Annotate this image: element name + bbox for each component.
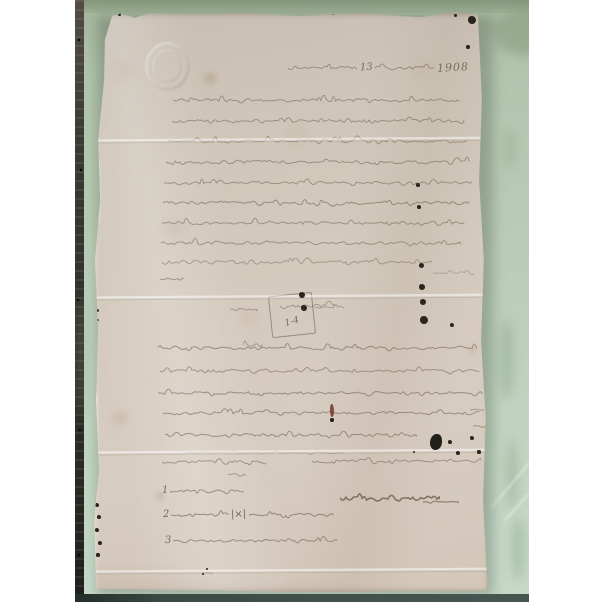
ink-blot	[470, 436, 474, 440]
handwriting-line	[470, 400, 484, 416]
handwriting-line	[162, 252, 432, 268]
handwriting-stroke	[288, 58, 358, 74]
ink-blot	[330, 418, 333, 421]
tile-vein	[505, 128, 515, 170]
tile-top-edge	[75, 0, 529, 13]
handwriting-line: 1	[162, 481, 245, 497]
handwriting-line	[173, 90, 460, 106]
embossed-seal	[145, 42, 189, 90]
handwriting-line	[433, 263, 475, 279]
ink-blot	[95, 503, 99, 507]
tile-vein	[77, 298, 85, 418]
handwriting-stroke	[228, 465, 246, 481]
handwriting-stroke	[172, 111, 465, 127]
ink-blot	[98, 541, 103, 546]
ink-blot	[420, 316, 429, 325]
handwriting-line	[158, 383, 483, 399]
ink-blot	[96, 553, 99, 556]
paper-stain	[101, 50, 145, 90]
ink-blot	[417, 205, 421, 209]
handwriting-line	[172, 111, 465, 127]
ink-blot	[206, 568, 208, 570]
handwriting-line	[160, 269, 184, 285]
handwriting-stroke	[163, 193, 470, 209]
handwriting-line	[158, 338, 478, 354]
handwriting-stroke	[163, 403, 480, 419]
paper-stain	[153, 208, 197, 248]
handwriting-stroke	[171, 505, 229, 521]
handwriting-stroke	[162, 213, 465, 229]
photo-bottom-edge	[75, 594, 529, 602]
handwriting-line	[161, 233, 461, 249]
ink-blot	[466, 45, 470, 49]
handwriting-stroke	[158, 383, 483, 399]
handwriting-line	[423, 492, 459, 508]
ink-blot	[392, 13, 394, 15]
paper-stain	[405, 54, 441, 86]
photo-white-margin-left	[0, 0, 75, 602]
paper-stain	[196, 66, 224, 91]
stamp-annotation: 1-4	[284, 315, 301, 329]
handwriting-line: 131908	[288, 58, 469, 74]
ink-blot	[416, 183, 420, 187]
handwriting-stroke	[161, 233, 461, 249]
ink-blot	[420, 299, 427, 306]
handwriting-stroke	[470, 400, 484, 416]
handwriting-line	[164, 173, 472, 189]
legible-text: 1908	[436, 60, 469, 75]
handwriting-stroke	[160, 269, 184, 285]
handwriting-line	[166, 152, 470, 168]
handwriting-stroke	[173, 531, 338, 547]
ink-blot	[419, 263, 424, 268]
handwriting-stroke	[170, 481, 245, 497]
handwriting-stroke	[315, 297, 345, 313]
letter-paper: 1-4 13190812|×|3	[93, 12, 489, 592]
handwriting-stroke	[166, 152, 470, 168]
handwriting-stroke	[433, 263, 475, 279]
ink-blot	[419, 284, 425, 290]
ink-blot	[95, 528, 99, 532]
handwriting-stroke	[165, 425, 417, 441]
handwriting-line	[160, 361, 480, 377]
tile-vein	[495, 8, 529, 56]
legible-text: 13	[360, 61, 373, 75]
handwriting-stroke	[160, 361, 480, 377]
handwriting-stroke	[173, 90, 460, 106]
ink-blot	[97, 515, 102, 520]
ink-blot	[332, 13, 334, 15]
ink-blot	[468, 16, 476, 24]
paper-stain	[464, 344, 480, 358]
handwriting-line	[163, 403, 480, 419]
handwriting-stroke	[158, 338, 478, 354]
handwriting-line: 3	[165, 531, 338, 547]
paper-stain	[232, 302, 268, 334]
handwriting-stroke	[249, 505, 334, 521]
red-ink-smudge	[330, 404, 334, 417]
handwriting-line	[165, 425, 417, 441]
handwriting-line: 2|×|	[163, 505, 334, 521]
paper-fold-crease	[93, 568, 489, 575]
tile-vein	[511, 518, 525, 580]
legible-text: 3	[165, 534, 172, 547]
ink-blot	[477, 450, 480, 453]
handwriting-line	[163, 193, 470, 209]
ink-blot-large	[430, 434, 442, 450]
legible-text: 2	[163, 508, 170, 521]
handwriting-stroke	[162, 252, 432, 268]
handwriting-line	[315, 297, 345, 313]
handwriting-line	[162, 213, 465, 229]
tile-vein	[507, 438, 517, 510]
photo-of-letter: 1-4 13190812|×|3	[75, 0, 529, 602]
paper-stain	[104, 404, 136, 433]
photo-white-margin-right	[529, 0, 602, 602]
tile-vein	[500, 318, 514, 400]
ink-blot	[448, 440, 452, 444]
ink-blot	[456, 451, 460, 455]
ink-blot	[454, 14, 457, 17]
handwriting-stroke	[164, 173, 472, 189]
handwriting-line	[228, 465, 246, 481]
paper-stain	[151, 488, 169, 504]
handwriting-stroke	[423, 492, 459, 508]
legible-text: |×|	[231, 508, 247, 522]
ink-blot	[450, 323, 454, 327]
